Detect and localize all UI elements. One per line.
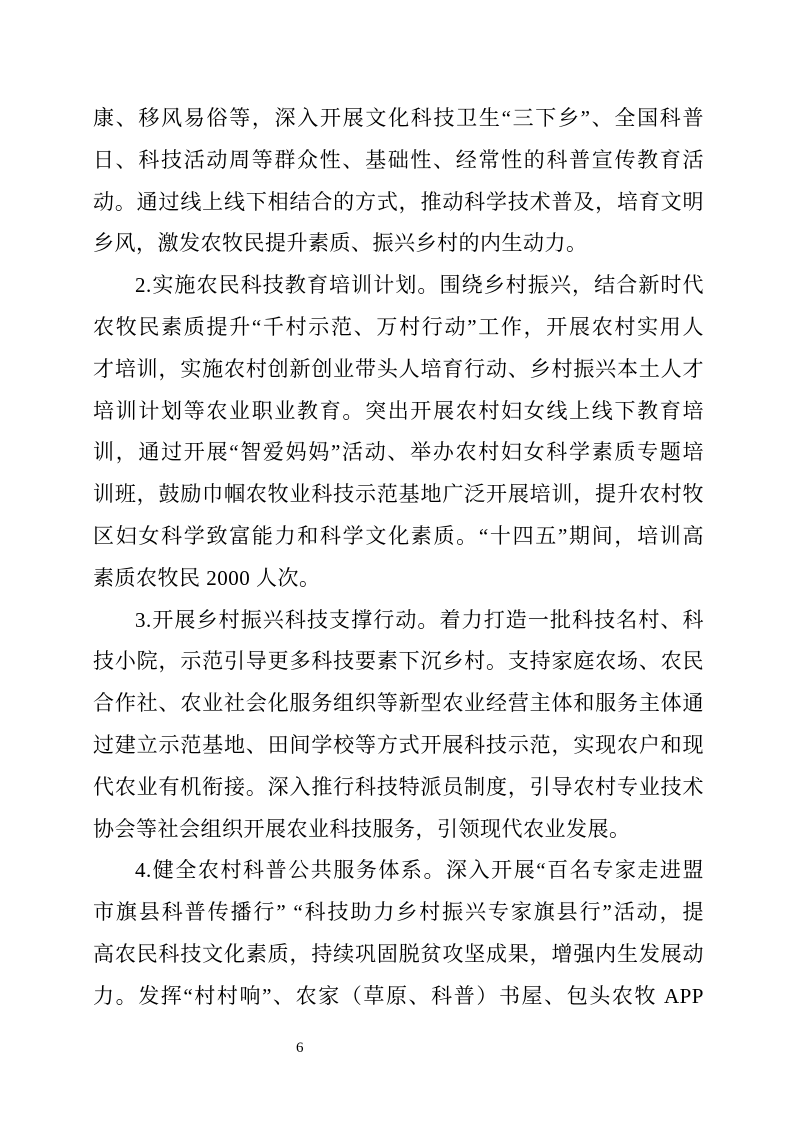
document-page: 康、移风易俗等，深入开展文化科技卫生“三下乡”、全国科普 日、科技活动周等群众性…: [0, 0, 793, 1122]
paragraph: 4.健全农村科普公共服务体系。深入开展“百名专家走进盟 市旗县科普传播行” “科…: [93, 850, 704, 1017]
text-line: 农牧民素质提升“千村示范、万村行动”工作，开展农村实用人: [93, 307, 704, 349]
text-line: 乡风，激发农牧民提升素质、振兴乡村的内生动力。: [93, 223, 704, 265]
text-block: 康、移风易俗等，深入开展文化科技卫生“三下乡”、全国科普 日、科技活动周等群众性…: [93, 98, 704, 1018]
text-line: 过建立示范基地、田间学校等方式开展科技示范，实现农户和现: [93, 725, 704, 767]
paragraph: 3.开展乡村振兴科技支撑行动。着力打造一批科技名村、科 技小院，示范引导更多科技…: [93, 600, 704, 851]
text-line: 力。发挥“村村响”、农家（草原、科普）书屋、包头农牧 APP: [93, 976, 704, 1018]
text-line: 区妇女科学致富能力和科学文化素质。“十四五”期间，培训高: [93, 516, 704, 558]
text-line: 素质农牧民 2000 人次。: [93, 558, 704, 600]
paragraph: 2.实施农民科技教育培训计划。围绕乡村振兴，结合新时代 农牧民素质提升“千村示范…: [93, 265, 704, 599]
text-line: 3.开展乡村振兴科技支撑行动。着力打造一批科技名村、科: [93, 600, 704, 642]
text-line: 市旗县科普传播行” “科技助力乡村振兴专家旗县行”活动，提: [93, 892, 704, 934]
text-line: 动。通过线上线下相结合的方式，推动科学技术普及，培育文明: [93, 182, 704, 224]
text-line: 2.实施农民科技教育培训计划。围绕乡村振兴，结合新时代: [93, 265, 704, 307]
paragraph: 康、移风易俗等，深入开展文化科技卫生“三下乡”、全国科普 日、科技活动周等群众性…: [93, 98, 704, 265]
text-line: 才培训，实施农村创新创业带头人培育行动、乡村振兴本土人才: [93, 349, 704, 391]
text-line: 协会等社会组织开展农业科技服务，引领现代农业发展。: [93, 809, 704, 851]
page-number: 6: [296, 1038, 304, 1058]
text-line: 代农业有机衔接。深入推行科技特派员制度，引导农村专业技术: [93, 767, 704, 809]
text-line: 4.健全农村科普公共服务体系。深入开展“百名专家走进盟: [93, 850, 704, 892]
text-line: 训，通过开展“智爱妈妈”活动、举办农村妇女科学素质专题培: [93, 432, 704, 474]
text-line: 日、科技活动周等群众性、基础性、经常性的科普宣传教育活: [93, 140, 704, 182]
text-line: 技小院，示范引导更多科技要素下沉乡村。支持家庭农场、农民: [93, 641, 704, 683]
text-line: 康、移风易俗等，深入开展文化科技卫生“三下乡”、全国科普: [93, 98, 704, 140]
text-line: 高农民科技文化素质，持续巩固脱贫攻坚成果，增强内生发展动: [93, 934, 704, 976]
text-line: 合作社、农业社会化服务组织等新型农业经营主体和服务主体通: [93, 683, 704, 725]
text-line: 训班，鼓励巾帼农牧业科技示范基地广泛开展培训，提升农村牧: [93, 474, 704, 516]
text-line: 培训计划等农业职业教育。突出开展农村妇女线上线下教育培: [93, 391, 704, 433]
